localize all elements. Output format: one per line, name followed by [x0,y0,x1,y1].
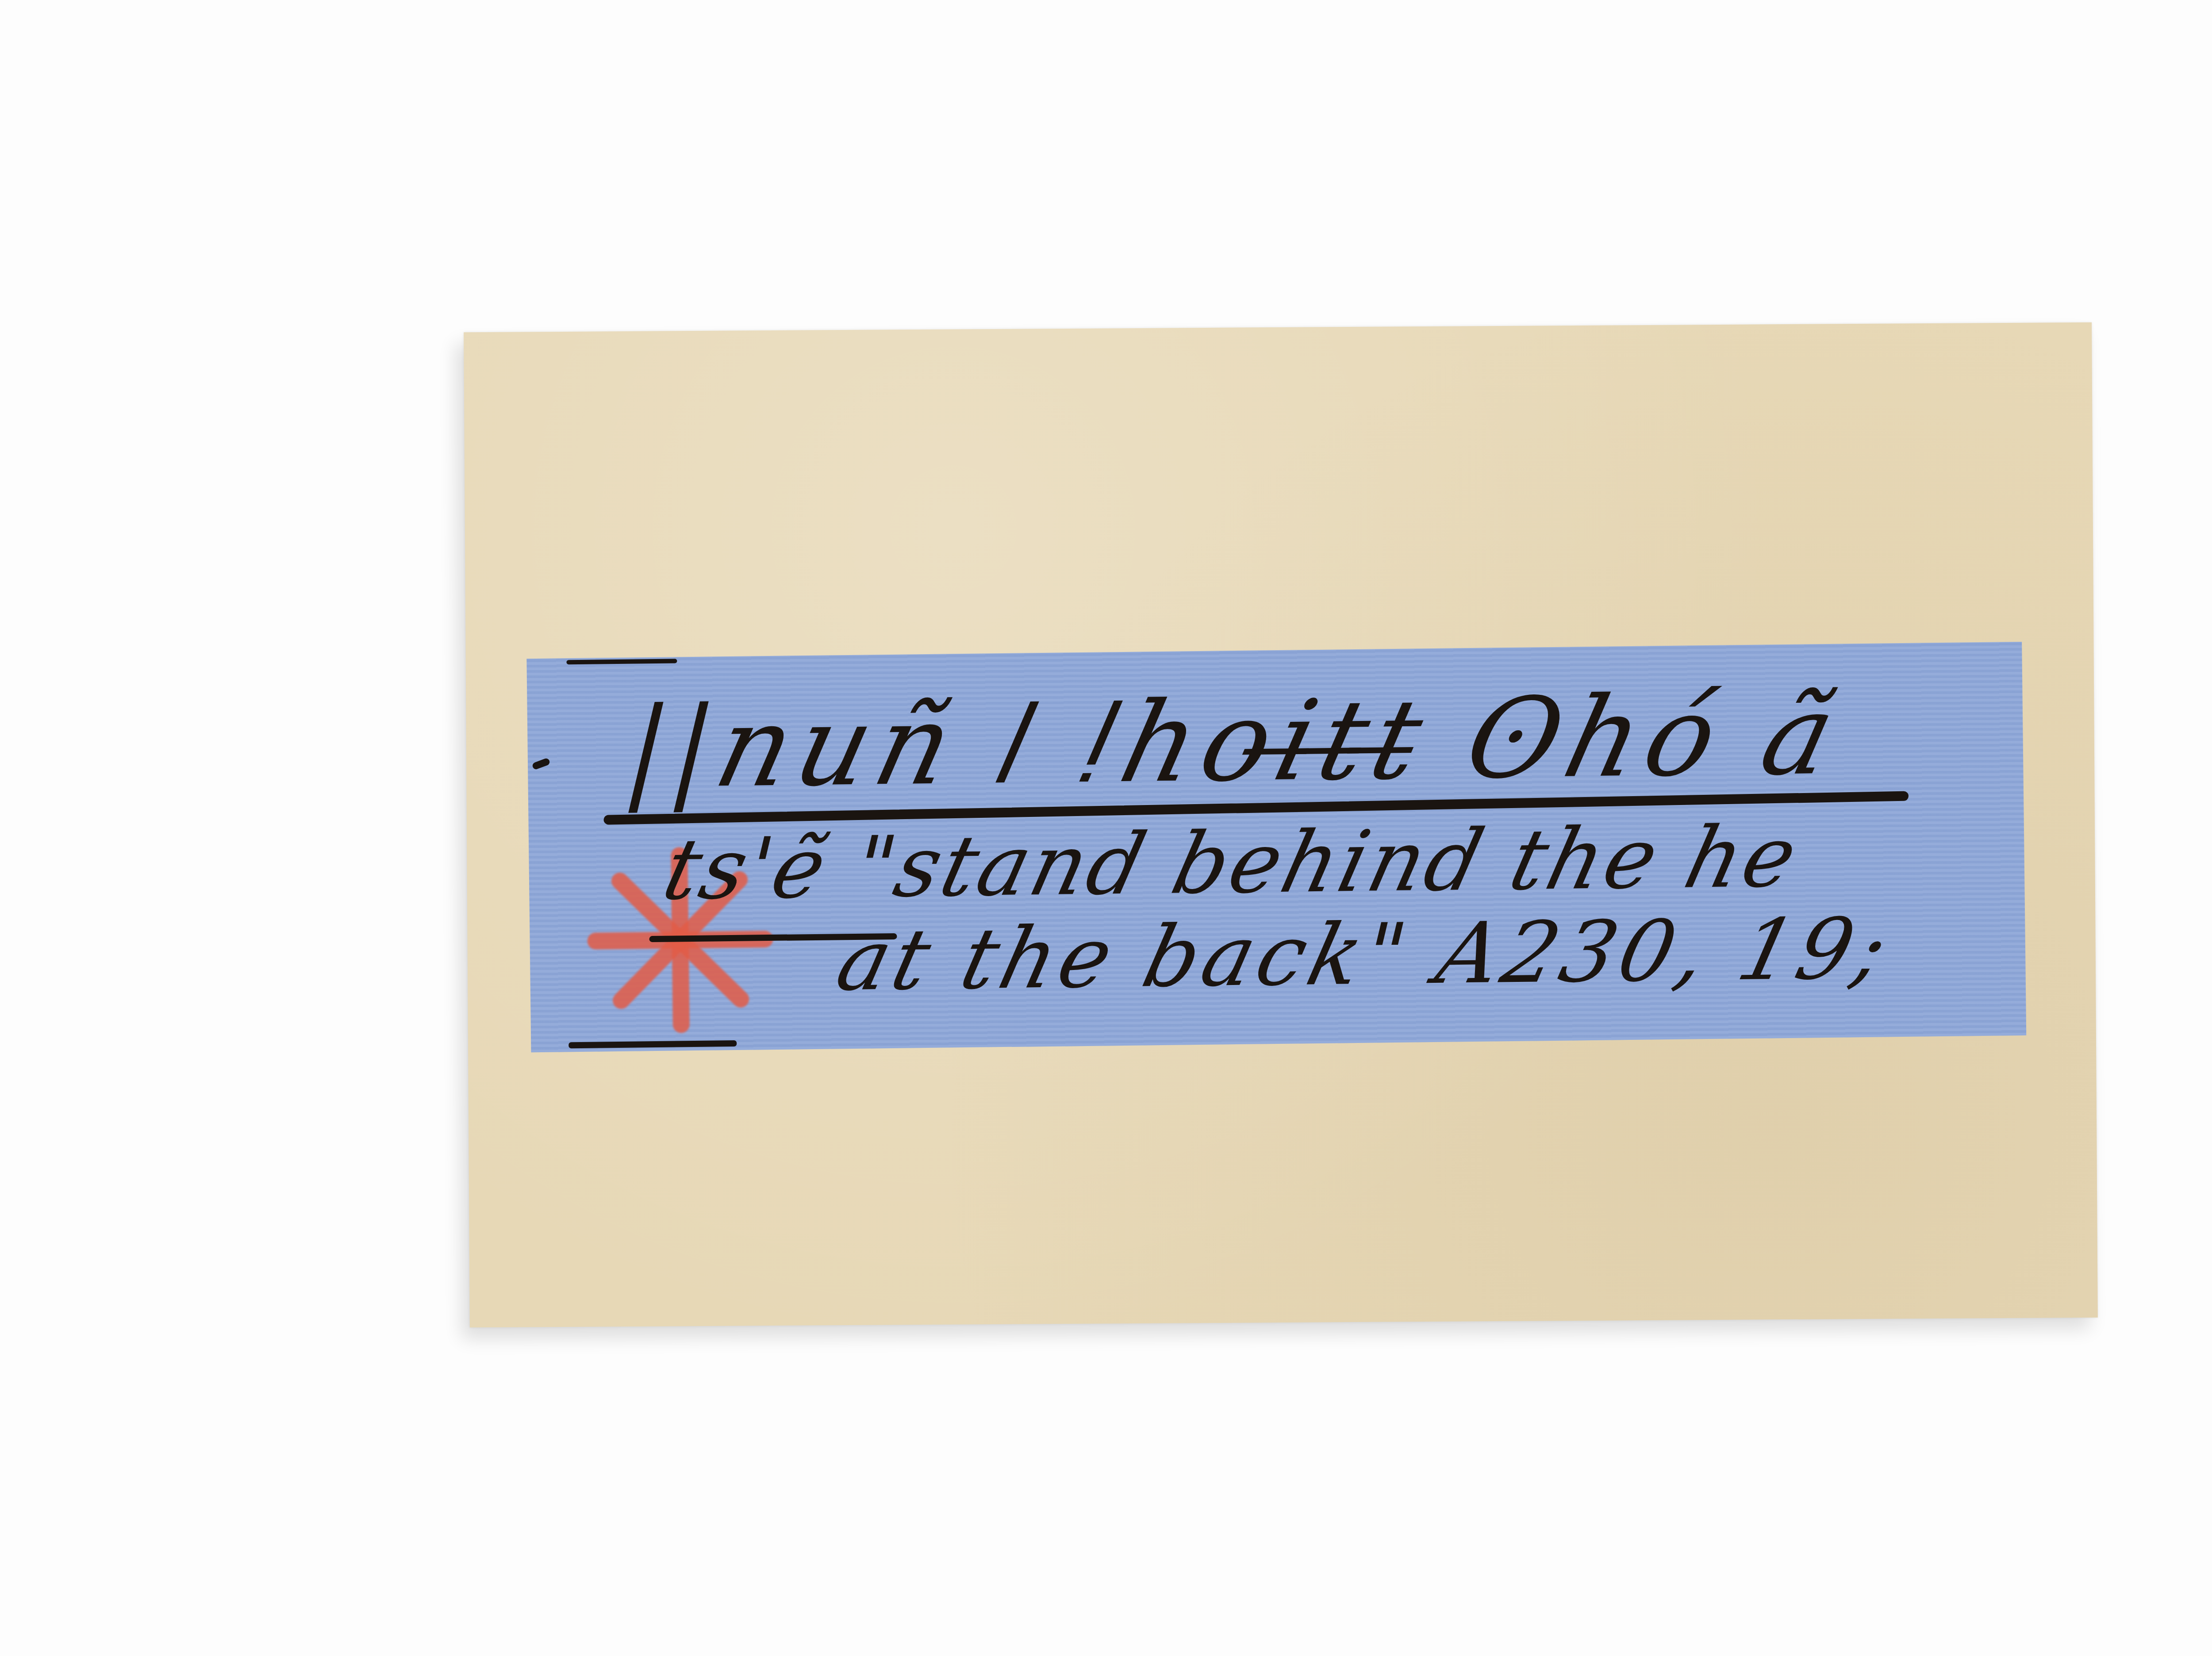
handwritten-line-2: ts'ẽ "stand behind the he [655,808,1809,919]
blue-paper-strip: ||nuñ ǀ ǃhoi̶t̶t̶ ʘhó ã ts'ẽ "stand behi… [526,642,2026,1052]
cut-ink-fragment-top [566,659,677,664]
cut-ink-fragment-left [532,757,551,770]
handwritten-line-1: ||nuñ ǀ ǃhoi̶t̶t̶ ʘhó ã [614,670,1855,813]
handwritten-line-3: at the back" A230, 19; [828,900,1901,1010]
mounting-card: ||nuñ ǀ ǃhoi̶t̶t̶ ʘhó ã ts'ẽ "stand behi… [464,322,2098,1327]
cut-ink-fragment-bottom [568,1040,737,1048]
